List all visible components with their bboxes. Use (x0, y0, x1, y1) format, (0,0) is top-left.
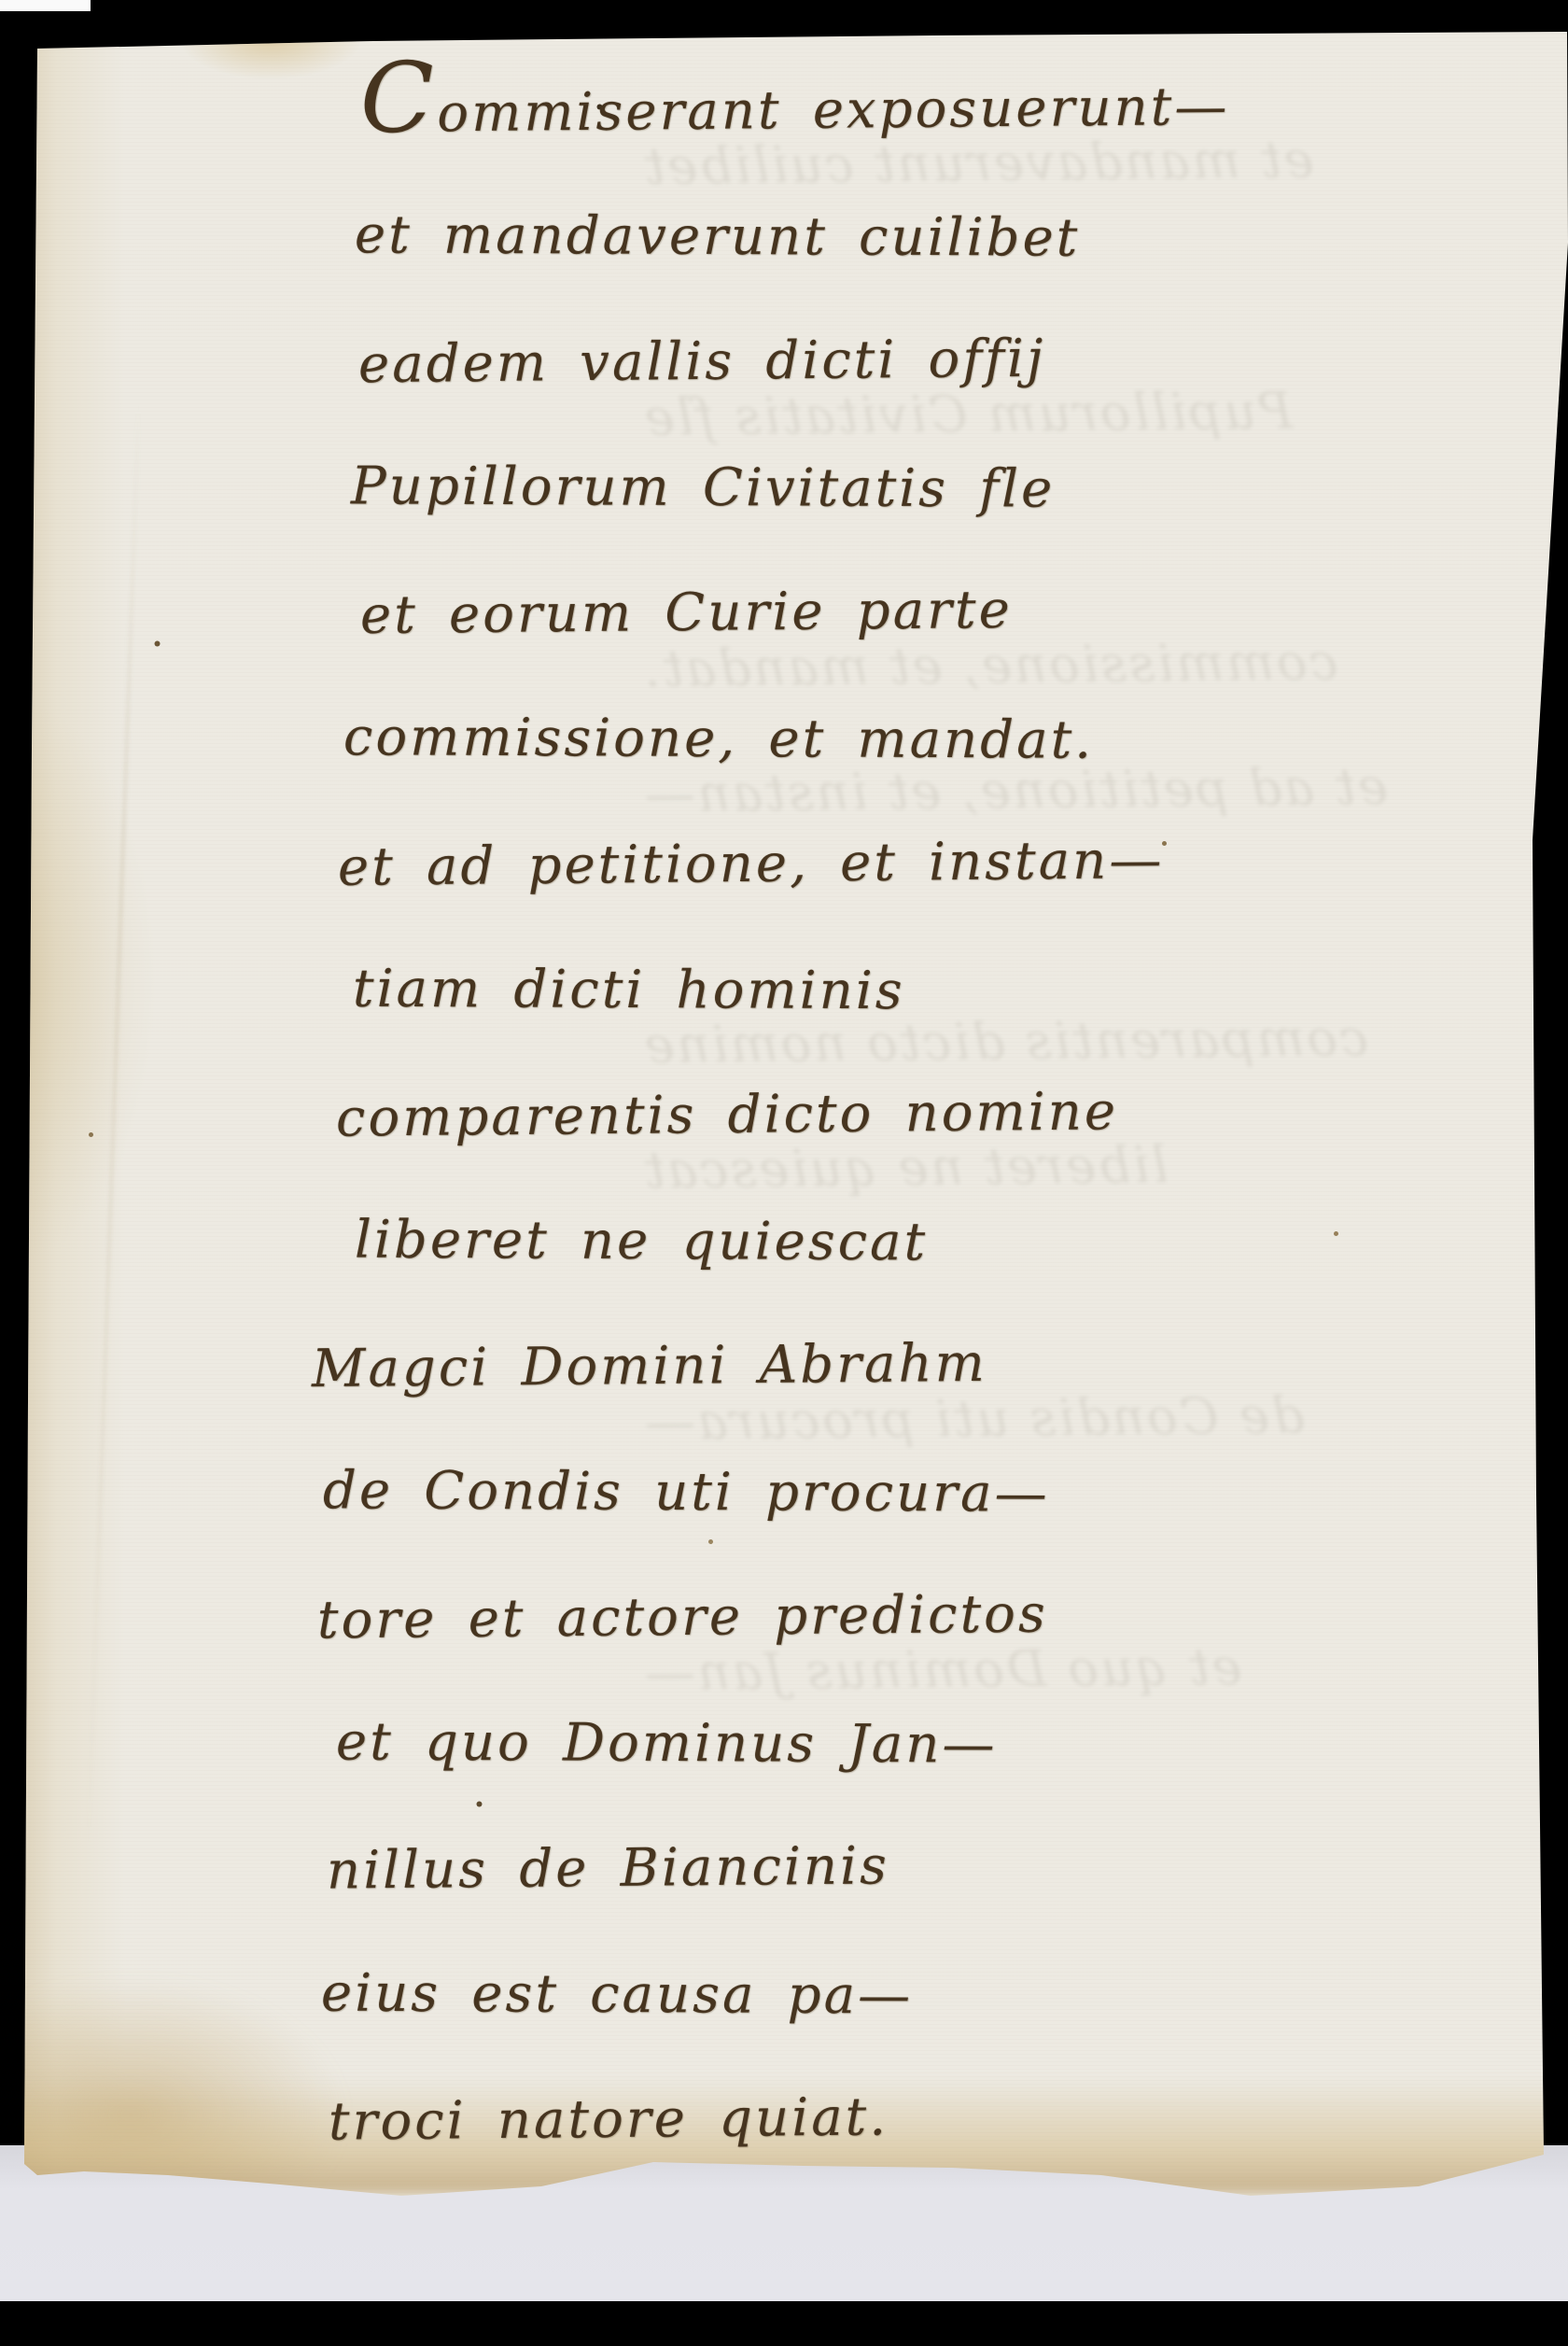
manuscript-line: troci natore quiat. (329, 2086, 889, 2152)
manuscript-line: tiam dicti hominis (353, 958, 905, 1021)
manuscript-line: Magci Domini Abrahm (312, 1333, 987, 1399)
manuscript-line: commissione, et mandat. (343, 707, 1094, 771)
scan-canvas: et mandaverunt cuilibetPupillorum Civita… (0, 0, 1568, 2346)
handwritten-text-block: Commiserant exposuerunt—et mandaverunt c… (0, 0, 1568, 2346)
manuscript-line: comparentis dicto nomine (336, 1081, 1119, 1148)
manuscript-line: Commiserant exposuerunt— (360, 77, 1230, 145)
manuscript-line: eadem vallis dicti offij (358, 329, 1046, 395)
manuscript-line: et ad petitione, et instan— (338, 830, 1165, 898)
manuscript-line: nillus de Biancinis (327, 1835, 889, 1901)
manuscript-line: eius est causa pa— (321, 1962, 913, 2026)
manuscript-line: Pupillorum Civitatis fle (351, 456, 1056, 519)
manuscript-line: et quo Dominus Jan— (336, 1711, 998, 1775)
manuscript-line: de Condis uti procura— (323, 1460, 1050, 1524)
manuscript-line: tore et actore predictos (317, 1584, 1048, 1651)
manuscript-page: et mandaverunt cuilibetPupillorum Civita… (0, 0, 1568, 2346)
manuscript-line: et eorum Curie parte (360, 580, 1013, 646)
scanner-edge-strip (0, 0, 91, 11)
manuscript-line: et mandaverunt cuilibet (355, 204, 1081, 268)
manuscript-line: liberet ne quiescat (355, 1209, 928, 1272)
